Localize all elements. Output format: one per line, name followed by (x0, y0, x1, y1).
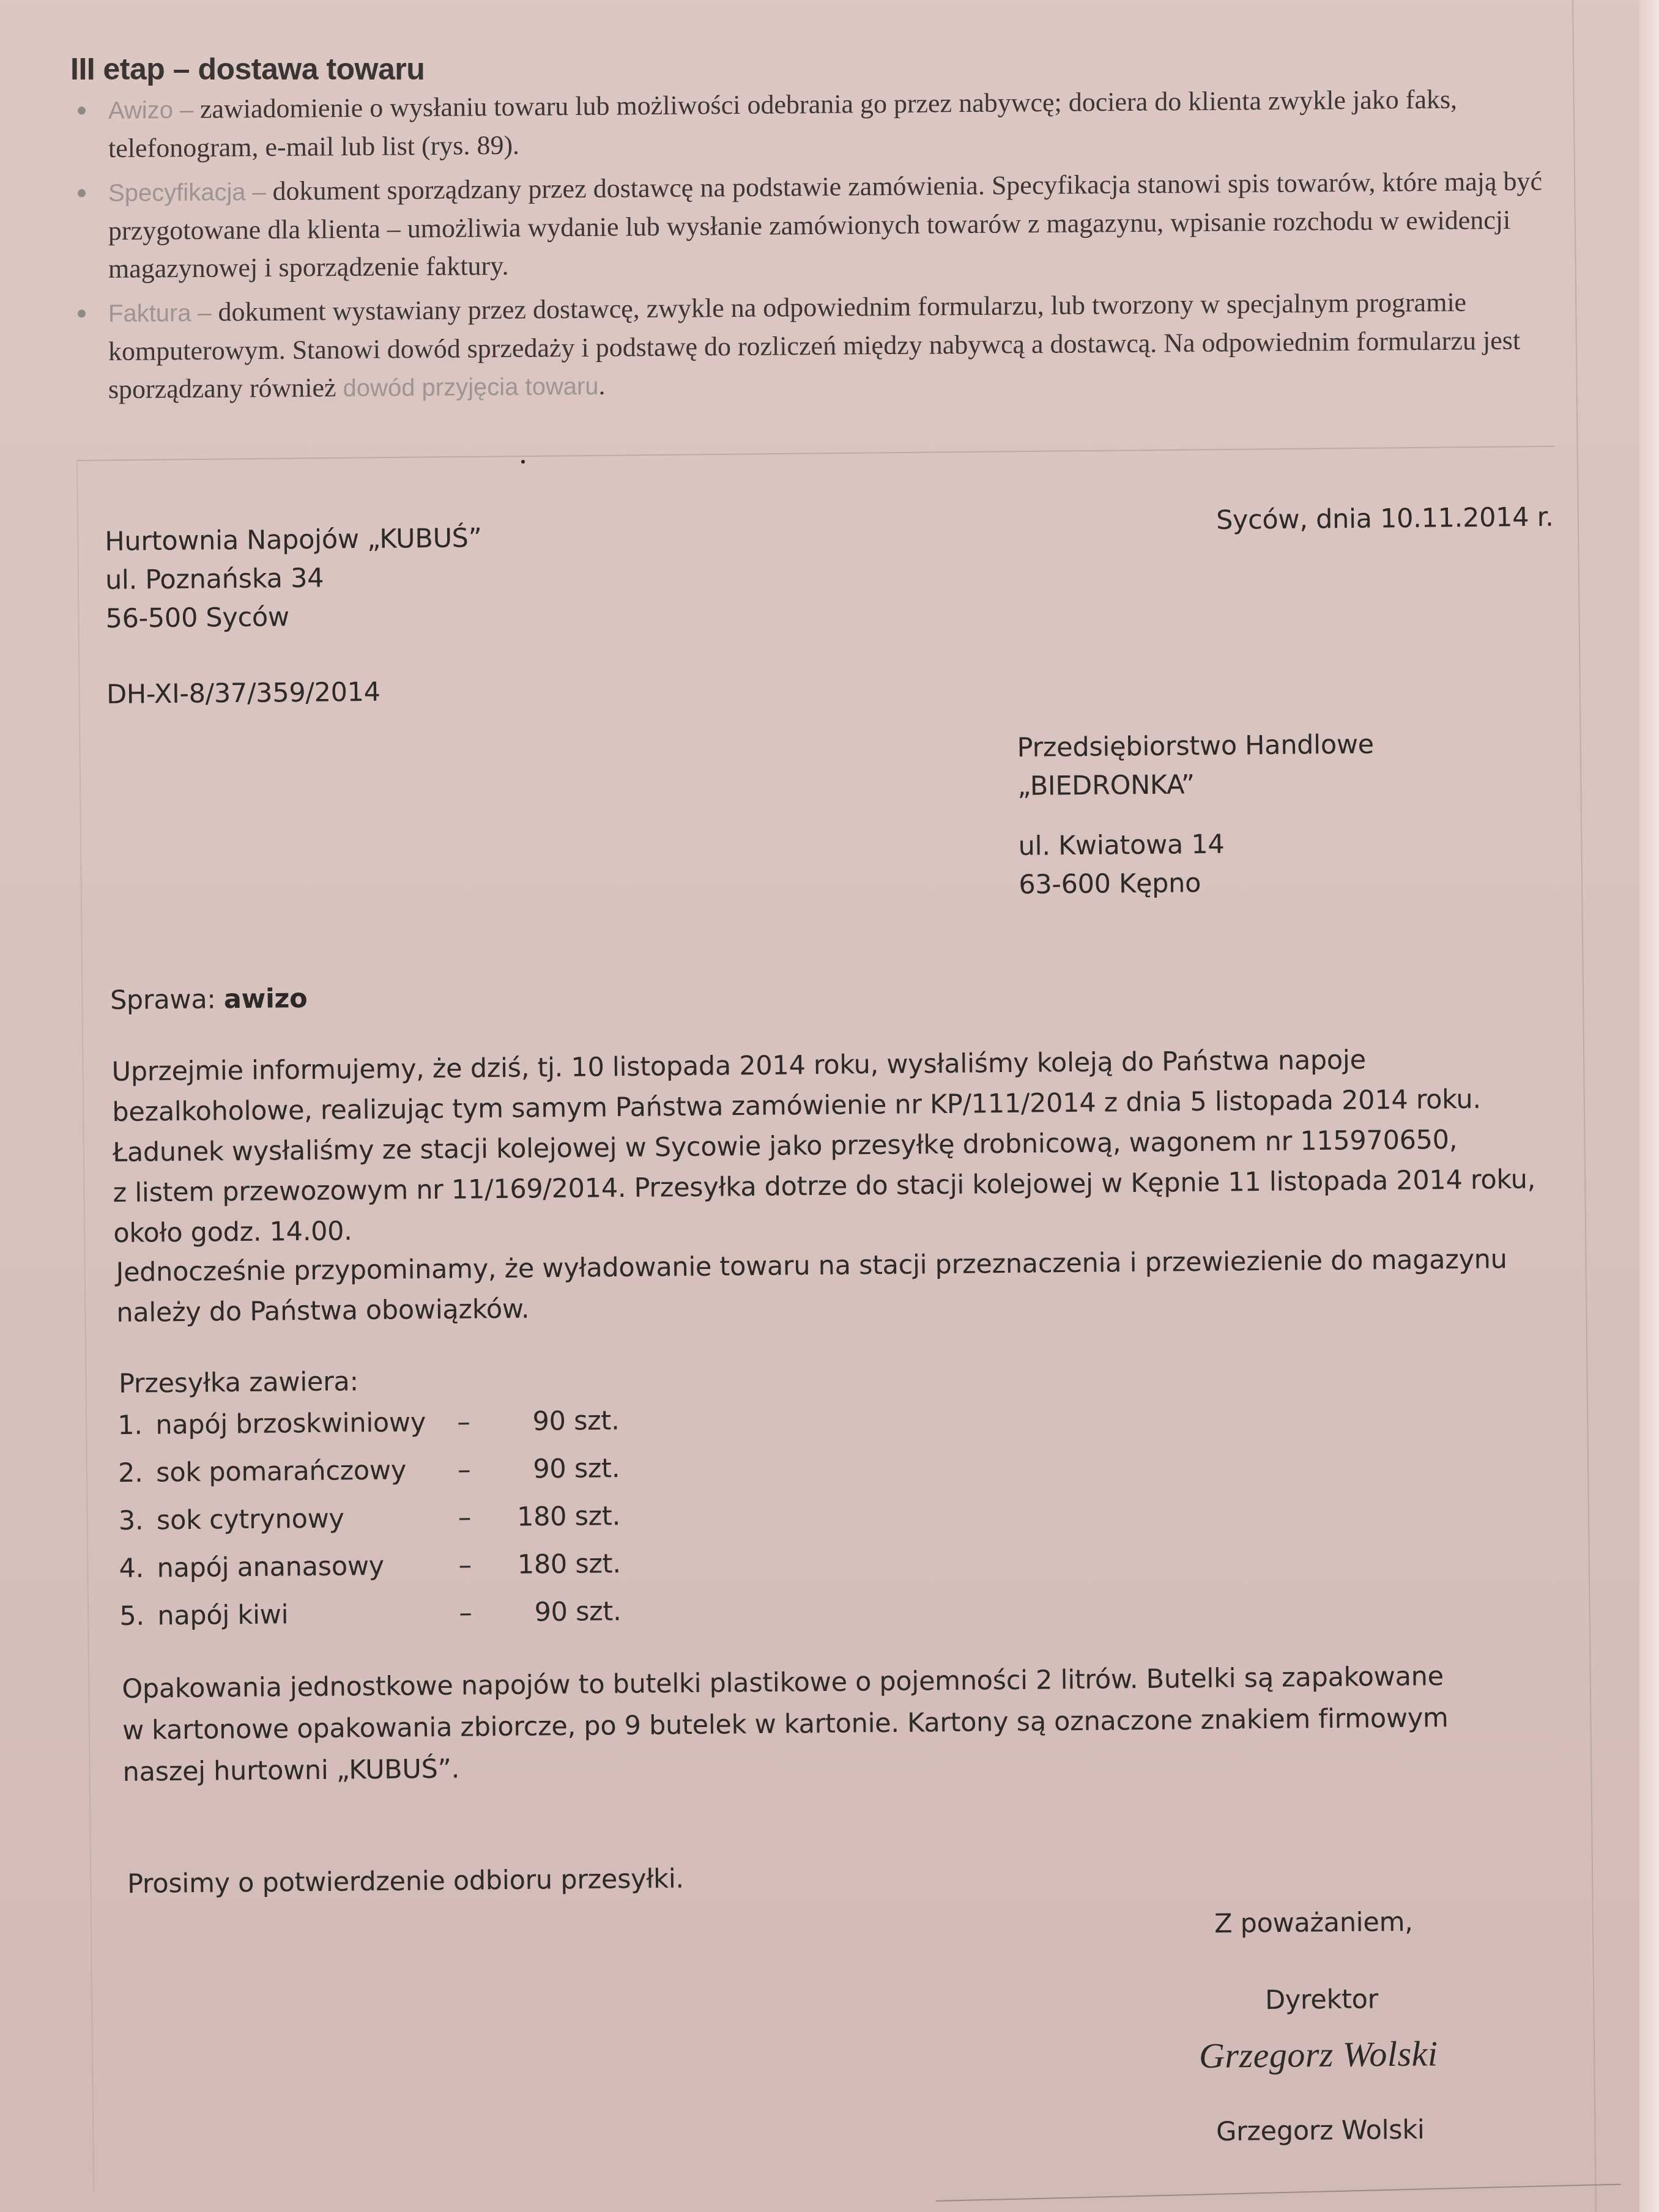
signatory-role: Dyrektor (1265, 1980, 1379, 2020)
item-number: 2. (118, 1454, 155, 1493)
item-number: 3. (119, 1501, 156, 1541)
item-dash: – (458, 1546, 472, 1585)
regards: Z poważaniem, (1214, 1903, 1413, 1944)
paragraph-3: Opakowania jednostkowe napojów to butelk… (122, 1655, 1449, 1793)
recipient-block: Przedsiębiorstwo Handlowe „BIEDRONKA” (1017, 725, 1374, 806)
printed-name: Grzegorz Wolski (1216, 2111, 1425, 2151)
awizo-letter: Hurtownia Napojów „KUBUŚ” ul. Poznańska … (0, 0, 1659, 2212)
item-number: 5. (119, 1597, 157, 1636)
subject-label: Sprawa: (110, 984, 224, 1016)
item-name: napój brzoskwiniowy (155, 1404, 426, 1444)
item-quantity: 180 szt. (498, 1497, 621, 1537)
list-item: 3. sok cytrynowy – 180 szt. (119, 1497, 621, 1550)
sender-street: ul. Poznańska 34 (105, 558, 483, 600)
recipient-street: ul. Kwiatowa 14 (1018, 826, 1224, 866)
paragraph-1: Uprzejmie informujemy, że dziś, tj. 10 l… (111, 1038, 1535, 1254)
recipient-city: 63-600 Kępno (1019, 864, 1225, 904)
sender-block: Hurtownia Napojów „KUBUŚ” ul. Poznańska … (105, 519, 483, 638)
place-date: Syców, dnia 10.11.2014 r. (1216, 498, 1554, 540)
item-name: napój ananasowy (157, 1547, 384, 1588)
item-quantity: 90 szt. (497, 1449, 620, 1489)
list-item: 5. napój kiwi – 90 szt. (119, 1592, 622, 1645)
recipient-line1: Przedsiębiorstwo Handlowe (1017, 725, 1374, 768)
reference-number: DH-XI-8/37/359/2014 (106, 673, 380, 714)
recipient-line2: „BIEDRONKA” (1017, 764, 1375, 806)
item-quantity: 90 szt. (499, 1592, 622, 1632)
list-item: 2. sok pomarańczowy – 90 szt. (118, 1449, 620, 1502)
item-quantity: 180 szt. (498, 1545, 621, 1585)
item-dash: – (459, 1594, 472, 1632)
sender-name: Hurtownia Napojów „KUBUŚ” (105, 519, 482, 561)
shipment-intro: Przesyłka zawiera: (119, 1363, 358, 1404)
subject-value: awizo (224, 983, 308, 1015)
list-item: 4. napój ananasowy – 180 szt. (119, 1545, 621, 1597)
item-dash: – (458, 1451, 471, 1489)
item-dash: – (458, 1498, 472, 1537)
item-quantity: 90 szt. (497, 1402, 620, 1441)
item-number: 4. (119, 1549, 156, 1588)
closing-request: Prosimy o potwierdzenie odbioru przesyłk… (127, 1860, 684, 1904)
paragraph-2: Jednocześnie przypominamy, że wyładowani… (116, 1239, 1507, 1333)
recipient-address: ul. Kwiatowa 14 63-600 Kępno (1018, 826, 1225, 904)
shipment-items-list: 1. napój brzoskwiniowy – 90 szt. 2. sok … (117, 1402, 622, 1645)
subject-line: Sprawa: awizo (110, 980, 308, 1020)
sender-city: 56-500 Syców (105, 596, 483, 638)
item-dash: – (457, 1403, 470, 1441)
item-name: sok cytrynowy (157, 1500, 344, 1540)
handwritten-signature: Grzegorz Wolski (1199, 2034, 1438, 2075)
list-item: 1. napój brzoskwiniowy – 90 szt. (117, 1402, 620, 1454)
item-name: napój kiwi (157, 1596, 288, 1635)
item-name: sok pomarańczowy (156, 1451, 406, 1492)
item-number: 1. (117, 1406, 155, 1445)
